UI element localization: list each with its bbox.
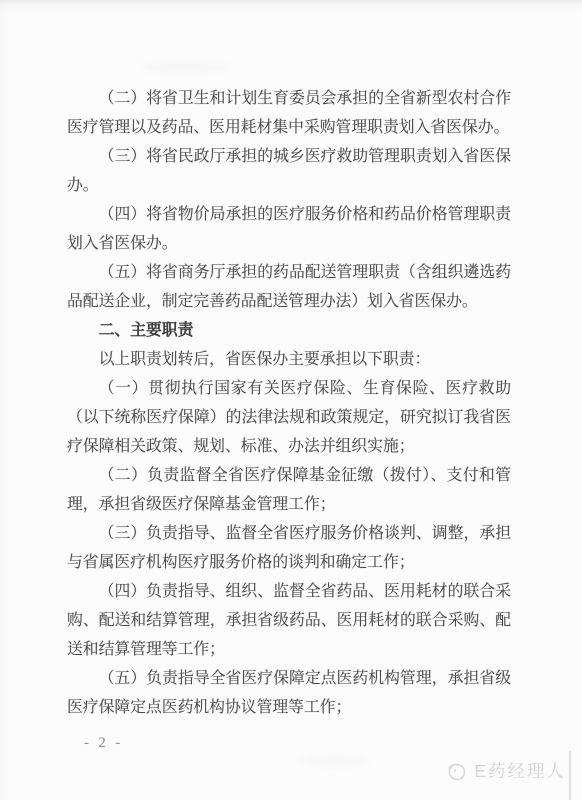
- document-body: （二）将省卫生和计划生育委员会承担的全省新型农村合作医疗管理以及药品、医用耗材集…: [67, 84, 511, 722]
- paragraph-duty-2: （二）负责监督全省医疗保障基金征缴（拨付）、支付和管理，承担省级医疗保障基金管理…: [67, 461, 511, 519]
- paragraph-duty-transfer-2: （二）将省卫生和计划生育委员会承担的全省新型农村合作医疗管理以及药品、医用耗材集…: [67, 84, 511, 142]
- paragraph-duty-5: （五）负责指导全省医疗保障定点医药机构管理，承担省级医疗保障定点医药机构协议管理…: [67, 664, 511, 722]
- eyao-logo-icon: [445, 759, 469, 783]
- section-heading-main-duties: 二、主要职责: [67, 316, 511, 345]
- paragraph-duty-transfer-3: （三）将省民政厅承担的城乡医疗救助管理职责划入省医保办。: [67, 142, 511, 200]
- watermark-text: E药经理人: [474, 758, 566, 783]
- scanned-document-page: （二）将省卫生和计划生育委员会承担的全省新型农村合作医疗管理以及药品、医用耗材集…: [0, 0, 582, 800]
- scan-artifact-line: [569, 751, 571, 800]
- paragraph-duty-transfer-4: （四）将省物价局承担的医疗服务价格和药品价格管理职责划入省医保办。: [67, 200, 511, 258]
- paragraph-duty-1: （一）贯彻执行国家有关医疗保险、生育保险、医疗救助（以下统称医疗保障）的法律法规…: [67, 374, 511, 461]
- paragraph-duty-4: （四）负责指导、组织、监督全省药品、医用耗材的联合采购、配送和结算管理，承担省级…: [67, 577, 511, 664]
- watermark: E药经理人: [445, 758, 566, 783]
- paragraph-duty-transfer-5: （五）将省商务厅承担的药品配送管理职责（含组织遴选药品配送企业，制定完善药品配送…: [67, 258, 511, 316]
- paragraph-duties-intro: 以上职责划转后，省医保办主要承担以下职责：: [67, 345, 511, 374]
- scan-smudge: [140, 60, 230, 74]
- page-number: - 2 -: [84, 735, 123, 752]
- paragraph-duty-3: （三）负责指导、监督全省医疗服务价格谈判、调整，承担与省属医疗机构医疗服务价格的…: [67, 519, 511, 577]
- scan-smudge: [300, 755, 370, 767]
